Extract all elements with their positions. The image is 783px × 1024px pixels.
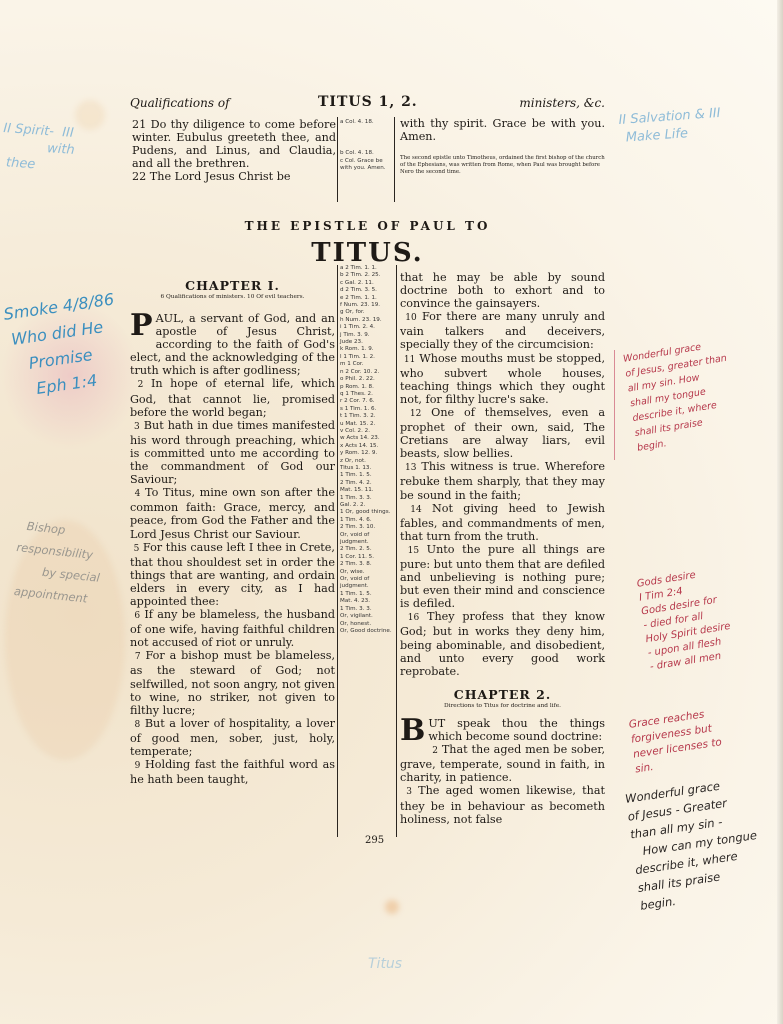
verse-7: 7 For a bishop must be blameless, as the…	[130, 649, 335, 716]
running-head: Qualifications of TITUS 1, 2. ministers,…	[130, 96, 605, 114]
chapter-1-heading: CHAPTER I.	[130, 278, 335, 293]
paper-stain	[75, 100, 105, 130]
cross-reference: h Num. 23. 19.	[340, 317, 395, 324]
cross-reference: e 2 Tim. 1. 1.	[340, 295, 395, 302]
cross-reference: z Or, not.	[340, 458, 395, 465]
book-title: TITUS.	[130, 238, 605, 268]
bleed-through-text: Titus	[368, 956, 402, 972]
cross-reference: 1 Tim. 1. 5.	[340, 472, 395, 479]
verse-14: 14 Not giving heed to Jewish fables, and…	[400, 502, 605, 543]
running-head-left: Qualifications of	[130, 96, 230, 110]
cross-reference: Or, honest.	[340, 621, 395, 628]
verse-2: 2 In hope of eternal life, which God, th…	[130, 377, 335, 418]
handwritten-note-right-black: Wonderful grace of Jesus - Greater than …	[624, 773, 766, 915]
verse-1: PAUL, a servant of God, and an apostle o…	[130, 312, 335, 377]
cross-reference: j Tim. 3. 9.	[340, 332, 395, 339]
verse-6: 6 If any be blameless, the husband of on…	[130, 608, 335, 649]
previous-book-left-text: 21 Do thy diligence to come before winte…	[132, 118, 336, 183]
handwritten-note-right-red-2: Gods desire I Tim 2:4 Gods desire for - …	[636, 565, 736, 675]
handwritten-note-right-red-1: Wonderful grace of Jesus, greater than a…	[622, 336, 740, 456]
cross-reference: 2 Tim. 4. 2.	[340, 480, 395, 487]
cross-reference: 1 Tim. 3. 3.	[340, 495, 395, 502]
page-number: 295	[365, 835, 384, 846]
cross-reference: 1 Tim. 3. 3.	[340, 606, 395, 613]
page-edge	[777, 0, 783, 1024]
handwritten-note-top-right: II Salvation & III Make Life	[618, 105, 722, 148]
cross-reference: u Mat. 15. 2.	[340, 421, 395, 428]
cross-reference: 1 Tim. 1. 5.	[340, 591, 395, 598]
verse-4: 4 To Titus, mine own son after the commo…	[130, 486, 335, 540]
cross-reference: 2 Tim. 3. 10.	[340, 524, 395, 531]
chapter-2-text: BUT speak thou the things which become s…	[400, 717, 605, 826]
verse-10: 10 For there are many unruly and vain ta…	[400, 310, 605, 351]
cross-reference: Or, vigilant.	[340, 613, 395, 620]
cross-reference: Titus 1. 13.	[340, 465, 395, 472]
column-rule	[396, 265, 397, 837]
column-rule	[337, 117, 338, 202]
cross-reference: 1 Tim. 4. 6.	[340, 517, 395, 524]
cross-reference: q 1 Thes. 2.	[340, 391, 395, 398]
handwritten-note-right-red-3: Grace reaches forgiveness but never lice…	[628, 706, 725, 778]
handwritten-note-left-grey: Bishop responsibility by special appoint…	[19, 515, 106, 611]
cross-reference: c Gal. 2. 11.	[340, 280, 395, 287]
chapter-1-right-column: that he may be able by sound doctrine bo…	[400, 271, 605, 678]
cross-reference: x Acts 14. 15.	[340, 443, 395, 450]
cross-reference: g Or, for.	[340, 309, 395, 316]
handwritten-note-top-left: II Spirit- III with thee	[0, 120, 76, 176]
chapter-2-heading: CHAPTER 2.	[400, 687, 605, 702]
epistle-title: THE EPISTLE OF PAUL TO	[130, 219, 605, 233]
drop-cap: B	[400, 718, 425, 744]
running-head-right: ministers, &c.	[519, 96, 605, 110]
verse-15: 15 Unto the pure all things are pure: bu…	[400, 543, 605, 610]
cross-reference: 1 Or, good things.	[340, 509, 395, 516]
verse-3: 3 The aged women likewise, that they be …	[400, 784, 605, 825]
chapter-1-left-column: PAUL, a servant of God, and an apostle o…	[130, 312, 335, 786]
cross-reference-column: a 2 Tim. 1. 1.b 2 Tim. 2. 25.c Gal. 2. 1…	[340, 265, 395, 635]
verse-9-cont: that he may be able by sound doctrine bo…	[400, 271, 605, 310]
verse-12: 12 One of themselves, even a prophet of …	[400, 406, 605, 460]
verse-9: 9 Holding fast the faithful word as he h…	[130, 758, 335, 786]
cross-reference: i 1 Tim. 2. 4.	[340, 324, 395, 331]
verse-2: 2 That the aged men be sober, grave, tem…	[400, 743, 605, 784]
verse-1: BUT speak thou the things which become s…	[400, 717, 605, 743]
verse-11: 11 Whose mouths must be stopped, who sub…	[400, 352, 605, 406]
cross-reference: f Num. 23. 19.	[340, 302, 395, 309]
cross-reference: d 2 Tim. 3. 5.	[340, 287, 395, 294]
cross-reference: Gal. 2. 2.	[340, 502, 395, 509]
cross-reference: Or, void of judgment.	[340, 576, 395, 591]
cross-reference: b 2 Tim. 2. 25.	[340, 272, 395, 279]
cross-reference: k Rom. 1. 9.	[340, 346, 395, 353]
cross-reference: y Rom. 12. 9.	[340, 450, 395, 457]
previous-book-right-text: with thy spirit. Grace be with you. Amen…	[400, 117, 605, 143]
cross-reference: r 2 Cor. 7. 6.	[340, 398, 395, 405]
subscription-note: The second epistle unto Timotheus, ordai…	[400, 155, 605, 176]
running-head-center: TITUS 1, 2.	[318, 94, 418, 110]
verse-13: 13 This witness is true. Wherefore rebuk…	[400, 460, 605, 501]
cross-reference: 2 Tim. 2. 5.	[340, 546, 395, 553]
column-rule	[337, 265, 338, 837]
verse-5: 5 For this cause left I thee in Crete, t…	[130, 541, 335, 608]
verse-8: 8 But a lover of hospitality, a lover of…	[130, 717, 335, 758]
column-rule	[394, 117, 395, 202]
cross-reference: w Acts 14. 23.	[340, 435, 395, 442]
cross-reference: m 1 Cor.	[340, 361, 395, 368]
chapter-2-summary: Directions to Titus for doctrine and lif…	[400, 703, 605, 710]
cross-reference: a 2 Tim. 1. 1.	[340, 265, 395, 272]
cross-reference: Or, wise.	[340, 569, 395, 576]
cross-reference: n 2 Cor. 10. 2.	[340, 369, 395, 376]
chapter-1-summary: 6 Qualifications of ministers. 10 Of evi…	[140, 294, 325, 301]
handwritten-note-left-blue: Smoke 4/8/86 Who did He Promise Eph 1:4	[2, 287, 127, 405]
verse-3: 3 But hath in due times manifested his w…	[130, 419, 335, 486]
verse-16: 16 They profess that they know God; but …	[400, 610, 605, 677]
cross-reference: t 1 Tim. 3. 2.	[340, 413, 395, 420]
verse: 21 Do thy diligence to come before winte…	[132, 118, 336, 170]
cross-reference: Mat. 4. 23.	[340, 598, 395, 605]
verse: 22 The Lord Jesus Christ be	[132, 170, 336, 183]
cross-reference: 1 Cor. 11. 5.	[340, 554, 395, 561]
cross-reference: 2 Tim. 3. 8.	[340, 561, 395, 568]
red-bracket	[614, 350, 615, 460]
cross-reference: Mat. 15. 11.	[340, 487, 395, 494]
cross-reference: p Rom. 1. 8.	[340, 384, 395, 391]
cross-reference: Jude 23.	[340, 339, 395, 346]
previous-book-refs: a Col. 4. 18. b Col. 4. 18. c Col. Grace…	[340, 119, 392, 173]
paper-stain	[385, 900, 399, 914]
cross-reference: v Col. 2. 2.	[340, 428, 395, 435]
cross-reference: l 1 Tim. 1. 2.	[340, 354, 395, 361]
cross-reference: s 1 Tim. 1. 6.	[340, 406, 395, 413]
cross-reference: o Phil. 2. 22.	[340, 376, 395, 383]
cross-reference: Or, Good doctrine.	[340, 628, 395, 635]
cross-reference: Or, void of judgment.	[340, 532, 395, 547]
